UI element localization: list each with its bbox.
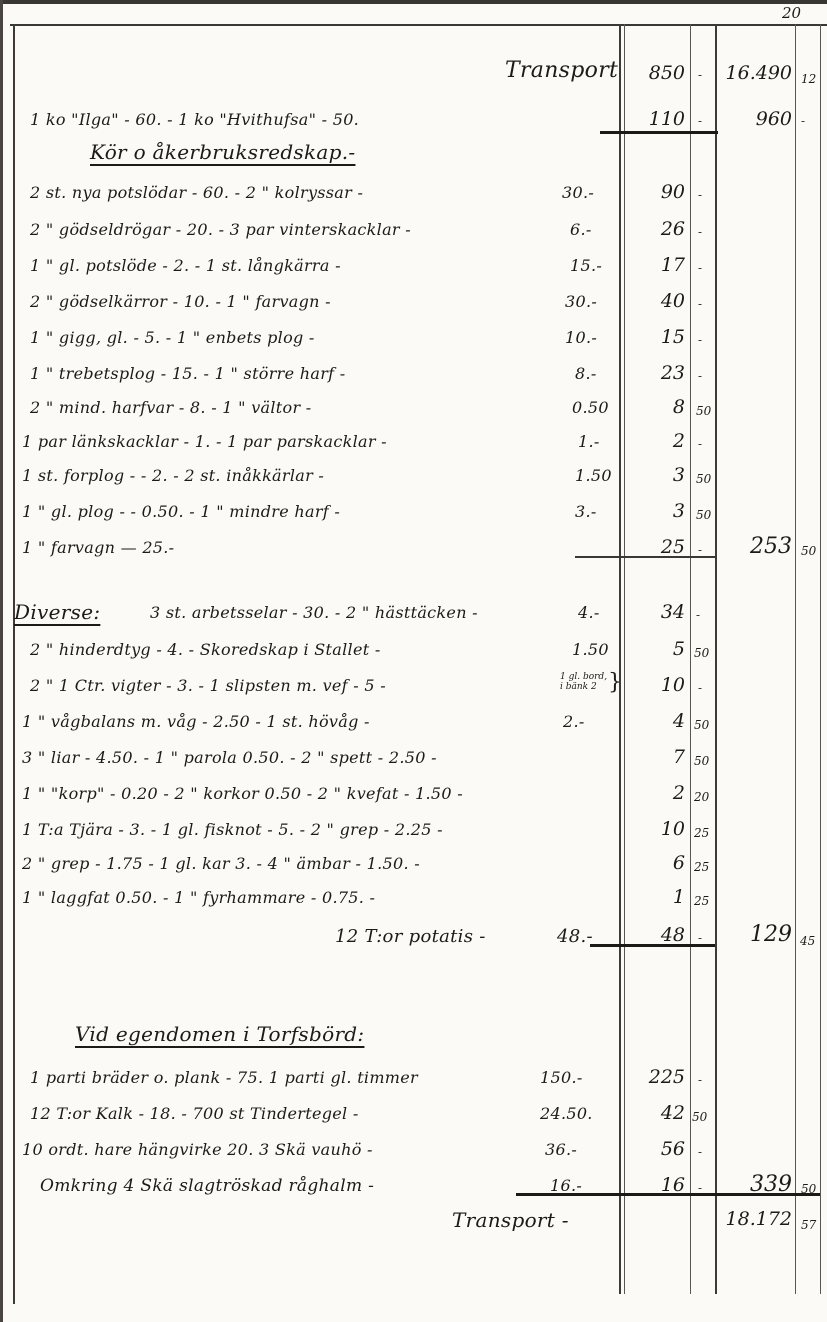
diverse-total: 129 bbox=[718, 922, 792, 947]
tools-row-amount: 30.- bbox=[562, 183, 594, 202]
property-row-cents: - bbox=[698, 1145, 702, 1159]
property-row-amount: 150.- bbox=[540, 1068, 583, 1087]
diverse-total-cents: 45 bbox=[800, 934, 815, 948]
diverse-row-text: 3 st. arbetsselar - 30. - 2 " hästtäcken… bbox=[150, 603, 478, 622]
sum-line-tools bbox=[575, 556, 715, 558]
potatoes-col1: 48 bbox=[630, 924, 685, 946]
left-margin-line bbox=[13, 24, 15, 1304]
cows-col2-cents: - bbox=[801, 114, 805, 128]
property-row-col1: 225 bbox=[630, 1066, 685, 1088]
diverse-row-amount: 1.50 bbox=[572, 640, 609, 659]
tools-row-text: 2 st. nya potslödar - 60. - 2 " kolryssa… bbox=[30, 183, 363, 202]
diverse-row-text: 2 " grep - 1.75 - 1 gl. kar 3. - 4 " ämb… bbox=[22, 854, 420, 873]
tools-row-col1: 23 bbox=[630, 362, 685, 384]
tools-row-text: 1 " trebetsplog - 15. - 1 " större harf … bbox=[30, 364, 346, 383]
section-heading-tools: Kör o åkerbruksredskap.- bbox=[90, 140, 355, 164]
cows-col1-cents: - bbox=[698, 114, 702, 128]
tools-row-cents: 50 bbox=[696, 508, 711, 522]
tools-row-col1: 90 bbox=[630, 181, 685, 203]
page-number: 20 bbox=[782, 4, 801, 22]
tools-row-col1: 8 bbox=[630, 396, 685, 418]
cows-line-text: 1 ko "Ilga" - 60. - 1 ko "Hvithufsa" - 5… bbox=[30, 110, 359, 129]
diverse-row-cents: 25 bbox=[694, 826, 709, 840]
tools-row-col1: 26 bbox=[630, 218, 685, 240]
header-rule bbox=[10, 24, 827, 26]
tools-row-amount: 8.- bbox=[575, 364, 597, 383]
column-line-cents-2 bbox=[795, 24, 796, 1294]
tools-row-text: 1 " gigg, gl. - 5. - 1 " enbets plog - bbox=[30, 328, 315, 347]
cows-col2: 960 bbox=[718, 108, 792, 130]
tools-row-col1: 3 bbox=[630, 464, 685, 486]
tools-row-col1: 2 bbox=[630, 430, 685, 452]
tools-row-text: 1 st. forplog - - 2. - 2 st. inåkkärlar … bbox=[22, 466, 324, 485]
column-line-amount-left-double bbox=[624, 24, 625, 1294]
potatoes-cents: - bbox=[698, 931, 702, 945]
tools-row-cents: 50 bbox=[696, 472, 711, 486]
tools-row-col1: 25 bbox=[630, 536, 685, 558]
diverse-row-col1: 5 bbox=[630, 638, 685, 660]
diverse-row-cents: 50 bbox=[694, 718, 709, 732]
transport-bottom-col2: 18.172 bbox=[718, 1208, 792, 1230]
tools-row-cents: 50 bbox=[696, 404, 711, 418]
tools-row-text: 1 " gl. plog - - 0.50. - 1 " mindre harf… bbox=[22, 502, 340, 521]
tools-row-cents: - bbox=[698, 188, 702, 202]
diverse-row-col1: 2 bbox=[630, 782, 685, 804]
property-row-col1: 56 bbox=[630, 1138, 685, 1160]
property-row-cents: 50 bbox=[692, 1110, 707, 1124]
cows-col1: 110 bbox=[630, 108, 685, 130]
tools-row-col1: 15 bbox=[630, 326, 685, 348]
diverse-row-cents: 50 bbox=[694, 646, 709, 660]
tools-row-amount: 1.- bbox=[578, 432, 600, 451]
diverse-row-note: 1 gl. bord, i bänk 2 bbox=[560, 672, 610, 692]
diverse-row-amount: 4.- bbox=[578, 603, 600, 622]
sum-line-property bbox=[516, 1193, 820, 1196]
section-heading-diverse: Diverse: bbox=[14, 600, 100, 624]
diverse-row-text: 1 " laggfat 0.50. - 1 " fyrhammare - 0.7… bbox=[22, 888, 375, 907]
diverse-row-cents: 25 bbox=[694, 894, 709, 908]
column-line-cents-1 bbox=[690, 24, 691, 1294]
section-heading-property: Vid egendomen i Torfsbörd: bbox=[75, 1022, 364, 1046]
diverse-row-cents: - bbox=[698, 681, 702, 695]
transport-label-top: Transport bbox=[505, 58, 618, 83]
property-row-col1: 42 bbox=[630, 1102, 685, 1124]
property-row-text: 12 T:or Kalk - 18. - 700 st Tindertegel … bbox=[30, 1104, 359, 1123]
tools-row-cents: - bbox=[698, 297, 702, 311]
transport-col2-cents: 12 bbox=[801, 72, 816, 86]
transport-label-bottom: Transport - bbox=[452, 1208, 569, 1232]
diverse-row-col1: 4 bbox=[630, 710, 685, 732]
tools-row-amount: 10.- bbox=[565, 328, 597, 347]
tools-row-text: 1 " gl. potslöde - 2. - 1 st. långkärra … bbox=[30, 256, 341, 275]
diverse-row-text: 1 " vågbalans m. våg - 2.50 - 1 st. hövå… bbox=[22, 712, 370, 731]
sum-line-cows bbox=[600, 131, 718, 134]
tools-row-amount: 6.- bbox=[570, 220, 592, 239]
tools-row-text: 1 " farvagn — 25.- bbox=[22, 538, 174, 557]
transport-bottom-col2-cents: 57 bbox=[801, 1218, 816, 1232]
diverse-row-col1: 7 bbox=[630, 746, 685, 768]
tools-row-col1: 40 bbox=[630, 290, 685, 312]
diverse-row-cents: 20 bbox=[694, 790, 709, 804]
tools-row-text: 2 " gödseldrögar - 20. - 3 par vinterska… bbox=[30, 220, 411, 239]
diverse-row-text: 1 " "korp" - 0.20 - 2 " korkor 0.50 - 2 … bbox=[22, 784, 463, 803]
tools-row-text: 2 " gödselkärror - 10. - 1 " farvagn - bbox=[30, 292, 331, 311]
tools-row-cents: - bbox=[698, 333, 702, 347]
potatoes-text: 12 T:or potatis - bbox=[335, 926, 486, 947]
tools-row-amount: 3.- bbox=[575, 502, 597, 521]
property-row-cents: - bbox=[698, 1073, 702, 1087]
transport-col2: 16.490 bbox=[718, 62, 792, 84]
tools-total: 253 bbox=[718, 534, 792, 559]
tools-row-cents: - bbox=[698, 261, 702, 275]
tools-total-cents: 50 bbox=[801, 544, 816, 558]
diverse-row-amount: 2.- bbox=[563, 712, 585, 731]
column-line-amount-left bbox=[619, 24, 621, 1294]
diverse-row-col1: 10 bbox=[630, 674, 685, 696]
diverse-row-col1: 6 bbox=[630, 852, 685, 874]
diverse-row-cents: 50 bbox=[694, 754, 709, 768]
page-left-edge bbox=[0, 0, 3, 1322]
tools-row-text: 2 " mind. harfvar - 8. - 1 " vältor - bbox=[30, 398, 312, 417]
brace-icon: } bbox=[608, 670, 622, 695]
diverse-row-col1: 34 bbox=[630, 601, 685, 623]
property-row-text: 1 parti bräder o. plank - 75. 1 parti gl… bbox=[30, 1068, 418, 1087]
column-line-right bbox=[820, 24, 821, 1294]
property-row-text: 10 ordt. hare hängvirke 20. 3 Skä vauhö … bbox=[22, 1140, 373, 1159]
diverse-row-cents: - bbox=[696, 608, 700, 622]
diverse-row-cents: 25 bbox=[694, 860, 709, 874]
tools-row-col1: 3 bbox=[630, 500, 685, 522]
potatoes-amount: 48.- bbox=[557, 926, 593, 947]
tools-row-cents: - bbox=[698, 437, 702, 451]
tools-row-text: 1 par länkskacklar - 1. - 1 par parskack… bbox=[22, 432, 387, 451]
tools-row-amount: 0.50 bbox=[572, 398, 609, 417]
property-row-amount: 36.- bbox=[545, 1140, 577, 1159]
tools-row-cents: - bbox=[698, 225, 702, 239]
tools-row-col1: 17 bbox=[630, 254, 685, 276]
diverse-row-text: 2 " 1 Ctr. vigter - 3. - 1 slipsten m. v… bbox=[30, 676, 386, 695]
page-top-edge bbox=[0, 0, 827, 4]
sum-line-diverse bbox=[590, 944, 715, 947]
diverse-row-col1: 1 bbox=[630, 886, 685, 908]
diverse-row-col1: 10 bbox=[630, 818, 685, 840]
tools-row-amount: 1.50 bbox=[575, 466, 612, 485]
ledger-page: 20 Transport 850 - 16.490 12 1 ko "Ilga"… bbox=[0, 0, 827, 1322]
tools-row-amount: 15.- bbox=[570, 256, 602, 275]
property-row-text: Omkring 4 Skä slagtröskad råghalm - bbox=[40, 1176, 374, 1196]
diverse-row-text: 1 T:a Tjära - 3. - 1 gl. fisknot - 5. - … bbox=[22, 820, 443, 839]
diverse-row-text: 2 " hinderdtyg - 4. - Skoredskap i Stall… bbox=[30, 640, 381, 659]
tools-row-cents: - bbox=[698, 543, 702, 557]
tools-row-amount: 30.- bbox=[565, 292, 597, 311]
transport-col1-cents: - bbox=[698, 68, 702, 82]
transport-col1: 850 bbox=[630, 62, 685, 84]
column-line-total-left bbox=[715, 24, 717, 1294]
diverse-row-text: 3 " liar - 4.50. - 1 " parola 0.50. - 2 … bbox=[22, 748, 437, 767]
property-row-amount: 24.50. bbox=[540, 1104, 593, 1123]
tools-row-cents: - bbox=[698, 369, 702, 383]
